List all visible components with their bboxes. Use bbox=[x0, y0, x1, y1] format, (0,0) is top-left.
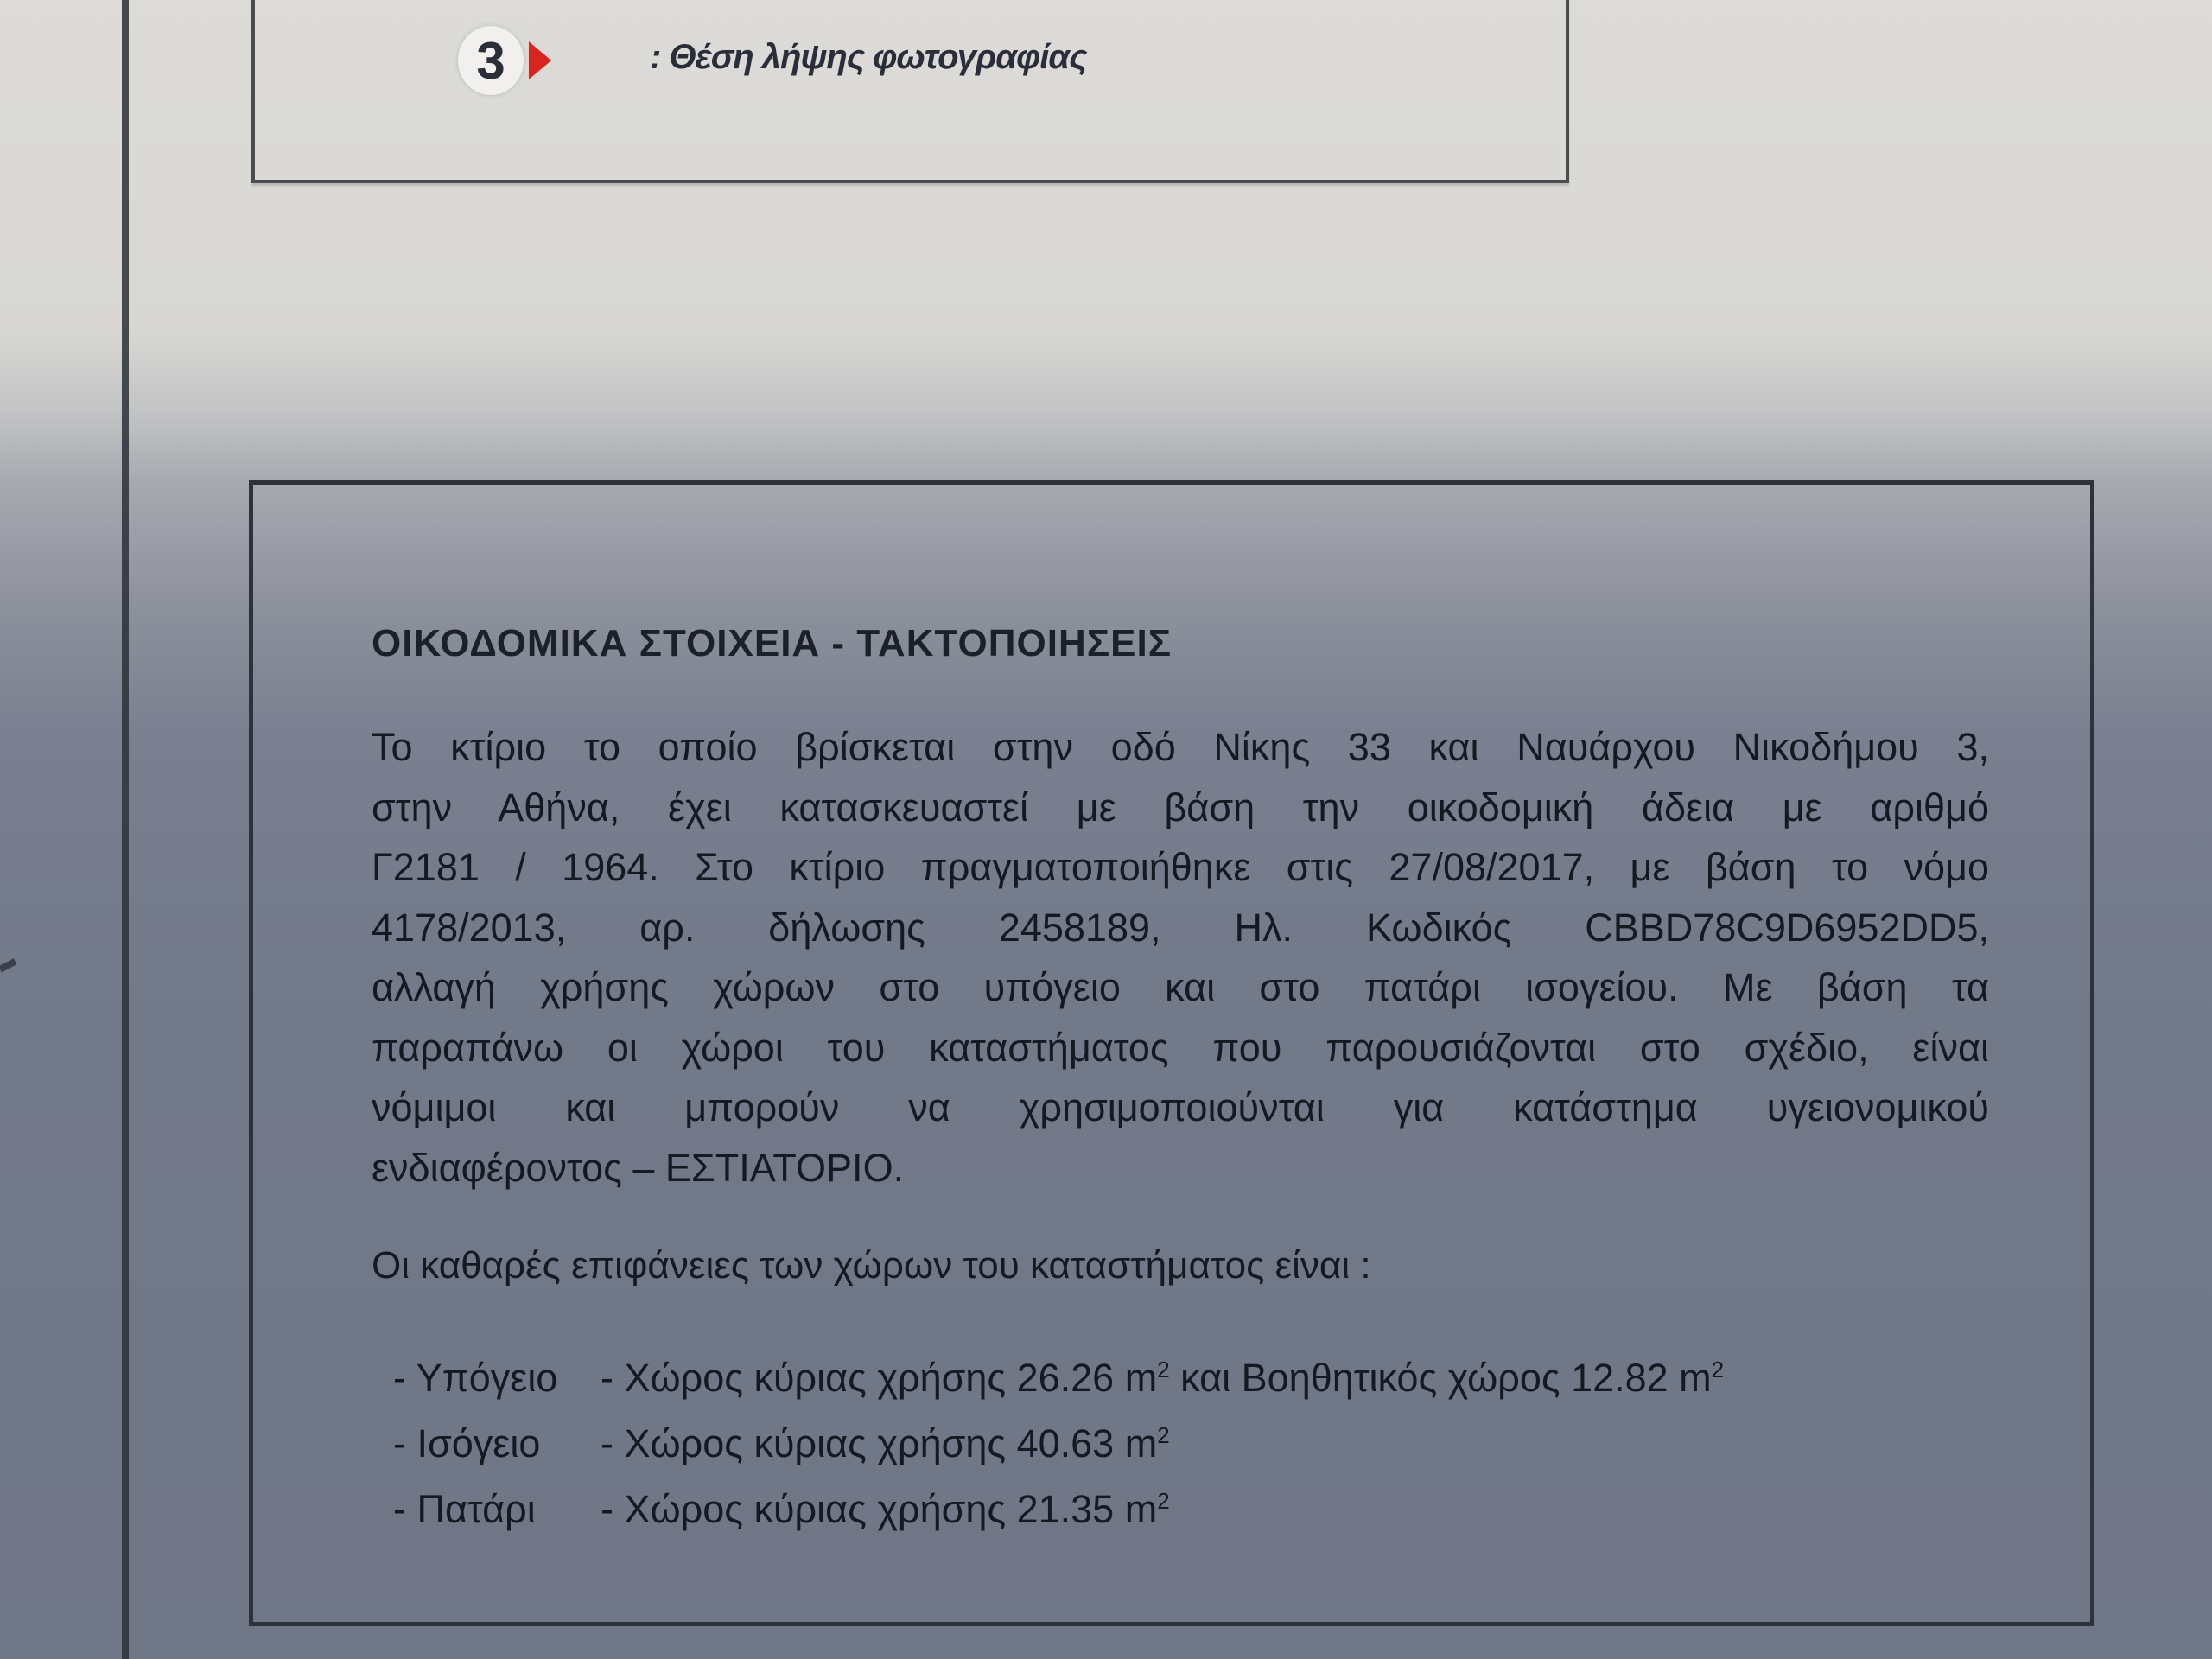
paragraph-line: Το κτίριο το οποίο βρίσκεται στην οδό Νί… bbox=[372, 717, 1989, 778]
paragraph-line: παραπάνω οι χώροι του καταστήματος που π… bbox=[372, 1018, 1989, 1078]
paragraph-line: Γ2181 / 1964. Στο κτίριο πραγματοποιήθηκ… bbox=[372, 837, 1989, 898]
page-edge-line bbox=[122, 0, 129, 1659]
area-main-use: - Χώρος κύριας χρήσης 40.63 m bbox=[601, 1421, 1157, 1465]
area-item-ground-floor: - Ισόγειο- Χώρος κύριας χρήσης 40.63 m2 bbox=[393, 1407, 1724, 1472]
area-floor-name: - Υπόγειο bbox=[393, 1349, 601, 1407]
paragraph-line: ενδιαφέροντος – ΕΣΤΙΑΤΟΡΙΟ. bbox=[372, 1138, 1989, 1198]
area-item-basement: - Υπόγειο- Χώρος κύριας χρήσης 26.26 m2 … bbox=[393, 1341, 1724, 1407]
unit-superscript: 2 bbox=[1157, 1357, 1169, 1382]
area-auxiliary-use: και Βοηθητικός χώρος 12.82 m bbox=[1170, 1356, 1712, 1400]
surfaces-intro-text: Οι καθαρές επιφάνειες των χώρων του κατα… bbox=[372, 1244, 1371, 1287]
unit-superscript: 2 bbox=[1157, 1488, 1169, 1514]
area-floor-name: - Ισόγειο bbox=[393, 1414, 601, 1472]
photo-marker-number: 3 bbox=[476, 31, 505, 91]
paragraph-line: 4178/2013, αρ. δήλωσης 2458189, Ηλ. Κωδι… bbox=[372, 898, 1989, 958]
adjacent-page-mark bbox=[0, 958, 17, 972]
photo-location-label: : Θέση λήψης φωτογραφίας bbox=[650, 38, 1086, 77]
area-floor-name: - Πατάρι bbox=[393, 1480, 601, 1538]
paragraph-line: αλλαγή χρήσης χώρων στο υπόγειο και στο … bbox=[372, 957, 1989, 1018]
photo-marker-badge: 3 bbox=[458, 26, 524, 95]
area-main-use: - Χώρος κύριας χρήσης 26.26 m bbox=[601, 1356, 1157, 1400]
unit-superscript: 2 bbox=[1157, 1422, 1169, 1448]
paragraph-line: νόμιμοι και μπορούν να χρησιμοποιούνται … bbox=[372, 1077, 1989, 1138]
photo-location-legend-box bbox=[251, 0, 1569, 183]
building-description-paragraph: Το κτίριο το οποίο βρίσκεται στην οδό Νί… bbox=[372, 717, 1989, 1198]
unit-superscript: 2 bbox=[1712, 1357, 1724, 1382]
area-list: - Υπόγειο- Χώρος κύριας χρήσης 26.26 m2 … bbox=[393, 1341, 1724, 1538]
area-item-mezzanine: - Πατάρι- Χώρος κύριας χρήσης 21.35 m2 bbox=[393, 1472, 1724, 1538]
paragraph-line: στην Αθήνα, έχει κατασκευαστεί με βάση τ… bbox=[372, 778, 1989, 838]
area-main-use: - Χώρος κύριας χρήσης 21.35 m bbox=[601, 1487, 1157, 1531]
marker-arrow-icon bbox=[529, 41, 551, 79]
section-heading: ΟΙΚΟΔΟΜΙΚΑ ΣΤΟΙΧΕΙΑ - ΤΑΚΤΟΠΟΙΗΣΕΙΣ bbox=[372, 622, 1172, 665]
